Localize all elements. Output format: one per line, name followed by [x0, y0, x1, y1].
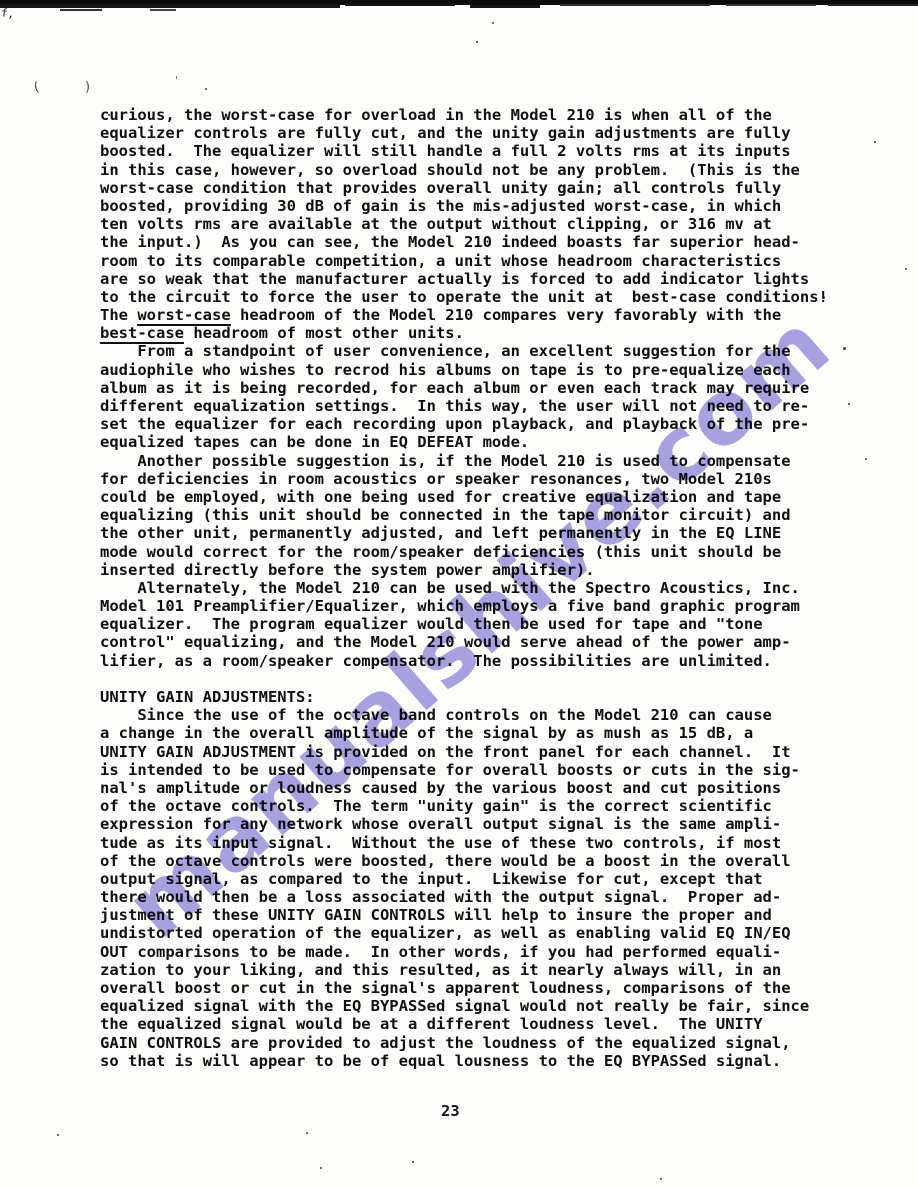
scan-mark-topleft: f, — [0, 6, 15, 20]
text-line: OUT comparisons to be made. In other wor… — [100, 943, 828, 961]
text-line: boosted, providing 30 dB of gain is the … — [100, 197, 828, 215]
scan-mark-paren-right: ) — [85, 80, 90, 95]
text-line: the equalized signal would be at a diffe… — [100, 1015, 828, 1033]
text-line: is intended to be used to compensate for… — [100, 761, 828, 779]
underlined-text: best-case — [100, 324, 184, 344]
scan-speck — [320, 1167, 322, 1169]
text-line: overall boost or cut in the signal's app… — [100, 979, 828, 997]
page-number: 23 — [441, 1102, 460, 1120]
text-line: equalizer controls are fully cut, and th… — [100, 124, 828, 142]
text-line: the other unit, permanently adjusted, an… — [100, 524, 828, 542]
scan-speck — [905, 268, 907, 270]
text-line: equalizing (this unit should be connecte… — [100, 506, 828, 524]
text-line: the input.) As you can see, the Model 21… — [100, 233, 828, 251]
scan-speck — [843, 347, 846, 350]
scan-artifact-fragment — [150, 9, 176, 11]
text-line: are so weak that the manufacturer actual… — [100, 270, 828, 288]
text-line: so that is will appear to be of equal lo… — [100, 1052, 828, 1070]
scan-artifact-fragment — [470, 5, 540, 8]
text-line: The worst-case headroom of the Model 210… — [100, 306, 828, 324]
scan-speck — [660, 1178, 662, 1180]
text-line: to the circuit to force the user to oper… — [100, 288, 828, 306]
scan-speck — [57, 1134, 59, 1136]
scan-speck — [412, 1161, 414, 1163]
text-line: zation to your liking, and this resulted… — [100, 961, 828, 979]
scan-artifact-fragment — [0, 4, 340, 8]
scan-artifact-fragment — [560, 4, 710, 6]
scan-mark-apostrophe: ' — [175, 74, 178, 87]
scan-artifact-fragment — [345, 4, 455, 6]
text-line: Since the use of the octave band control… — [100, 706, 828, 724]
text-line: room to its comparable competition, a un… — [100, 252, 828, 270]
scan-artifact-fragment — [60, 9, 102, 11]
text-line: boosted. The equalizer will still handle… — [100, 142, 828, 160]
scan-speck — [492, 22, 494, 24]
text-line: curious, the worst-case for overload in … — [100, 106, 828, 124]
underlined-text: worst-case — [137, 306, 230, 326]
text-line: mode would correct for the room/speaker … — [100, 543, 828, 561]
scan-speck — [848, 403, 850, 405]
scan-speck — [306, 1132, 308, 1134]
text-line: UNITY GAIN ADJUSTMENT is provided on the… — [100, 743, 828, 761]
scan-mark-paren-left: ( — [33, 80, 41, 96]
scan-speck — [865, 458, 867, 460]
scan-speck — [874, 141, 876, 143]
text-line: worst-case condition that provides overa… — [100, 179, 828, 197]
text-line: best-case headroom of most other units. — [100, 324, 828, 342]
scan-speck — [476, 41, 478, 43]
scan-speck — [205, 88, 207, 90]
text-line: GAIN CONTROLS are provided to adjust the… — [100, 1034, 828, 1052]
text-line: in this case, however, so overload shoul… — [100, 161, 828, 179]
text-line: could be employed, with one being used f… — [100, 488, 828, 506]
text-line: a change in the overall amplitude of the… — [100, 724, 828, 742]
text-line: equalized signal with the EQ BYPASSed si… — [100, 997, 828, 1015]
scan-artifact-fragment — [828, 4, 918, 6]
scanned-manual-page: f, ( ) ' curious, the worst-case for ove… — [0, 0, 918, 1188]
scan-artifact-fragment — [726, 4, 816, 6]
text-line: ten volts rms are available at the outpu… — [100, 215, 828, 233]
text-line: undistorted operation of the equalizer, … — [100, 924, 828, 942]
